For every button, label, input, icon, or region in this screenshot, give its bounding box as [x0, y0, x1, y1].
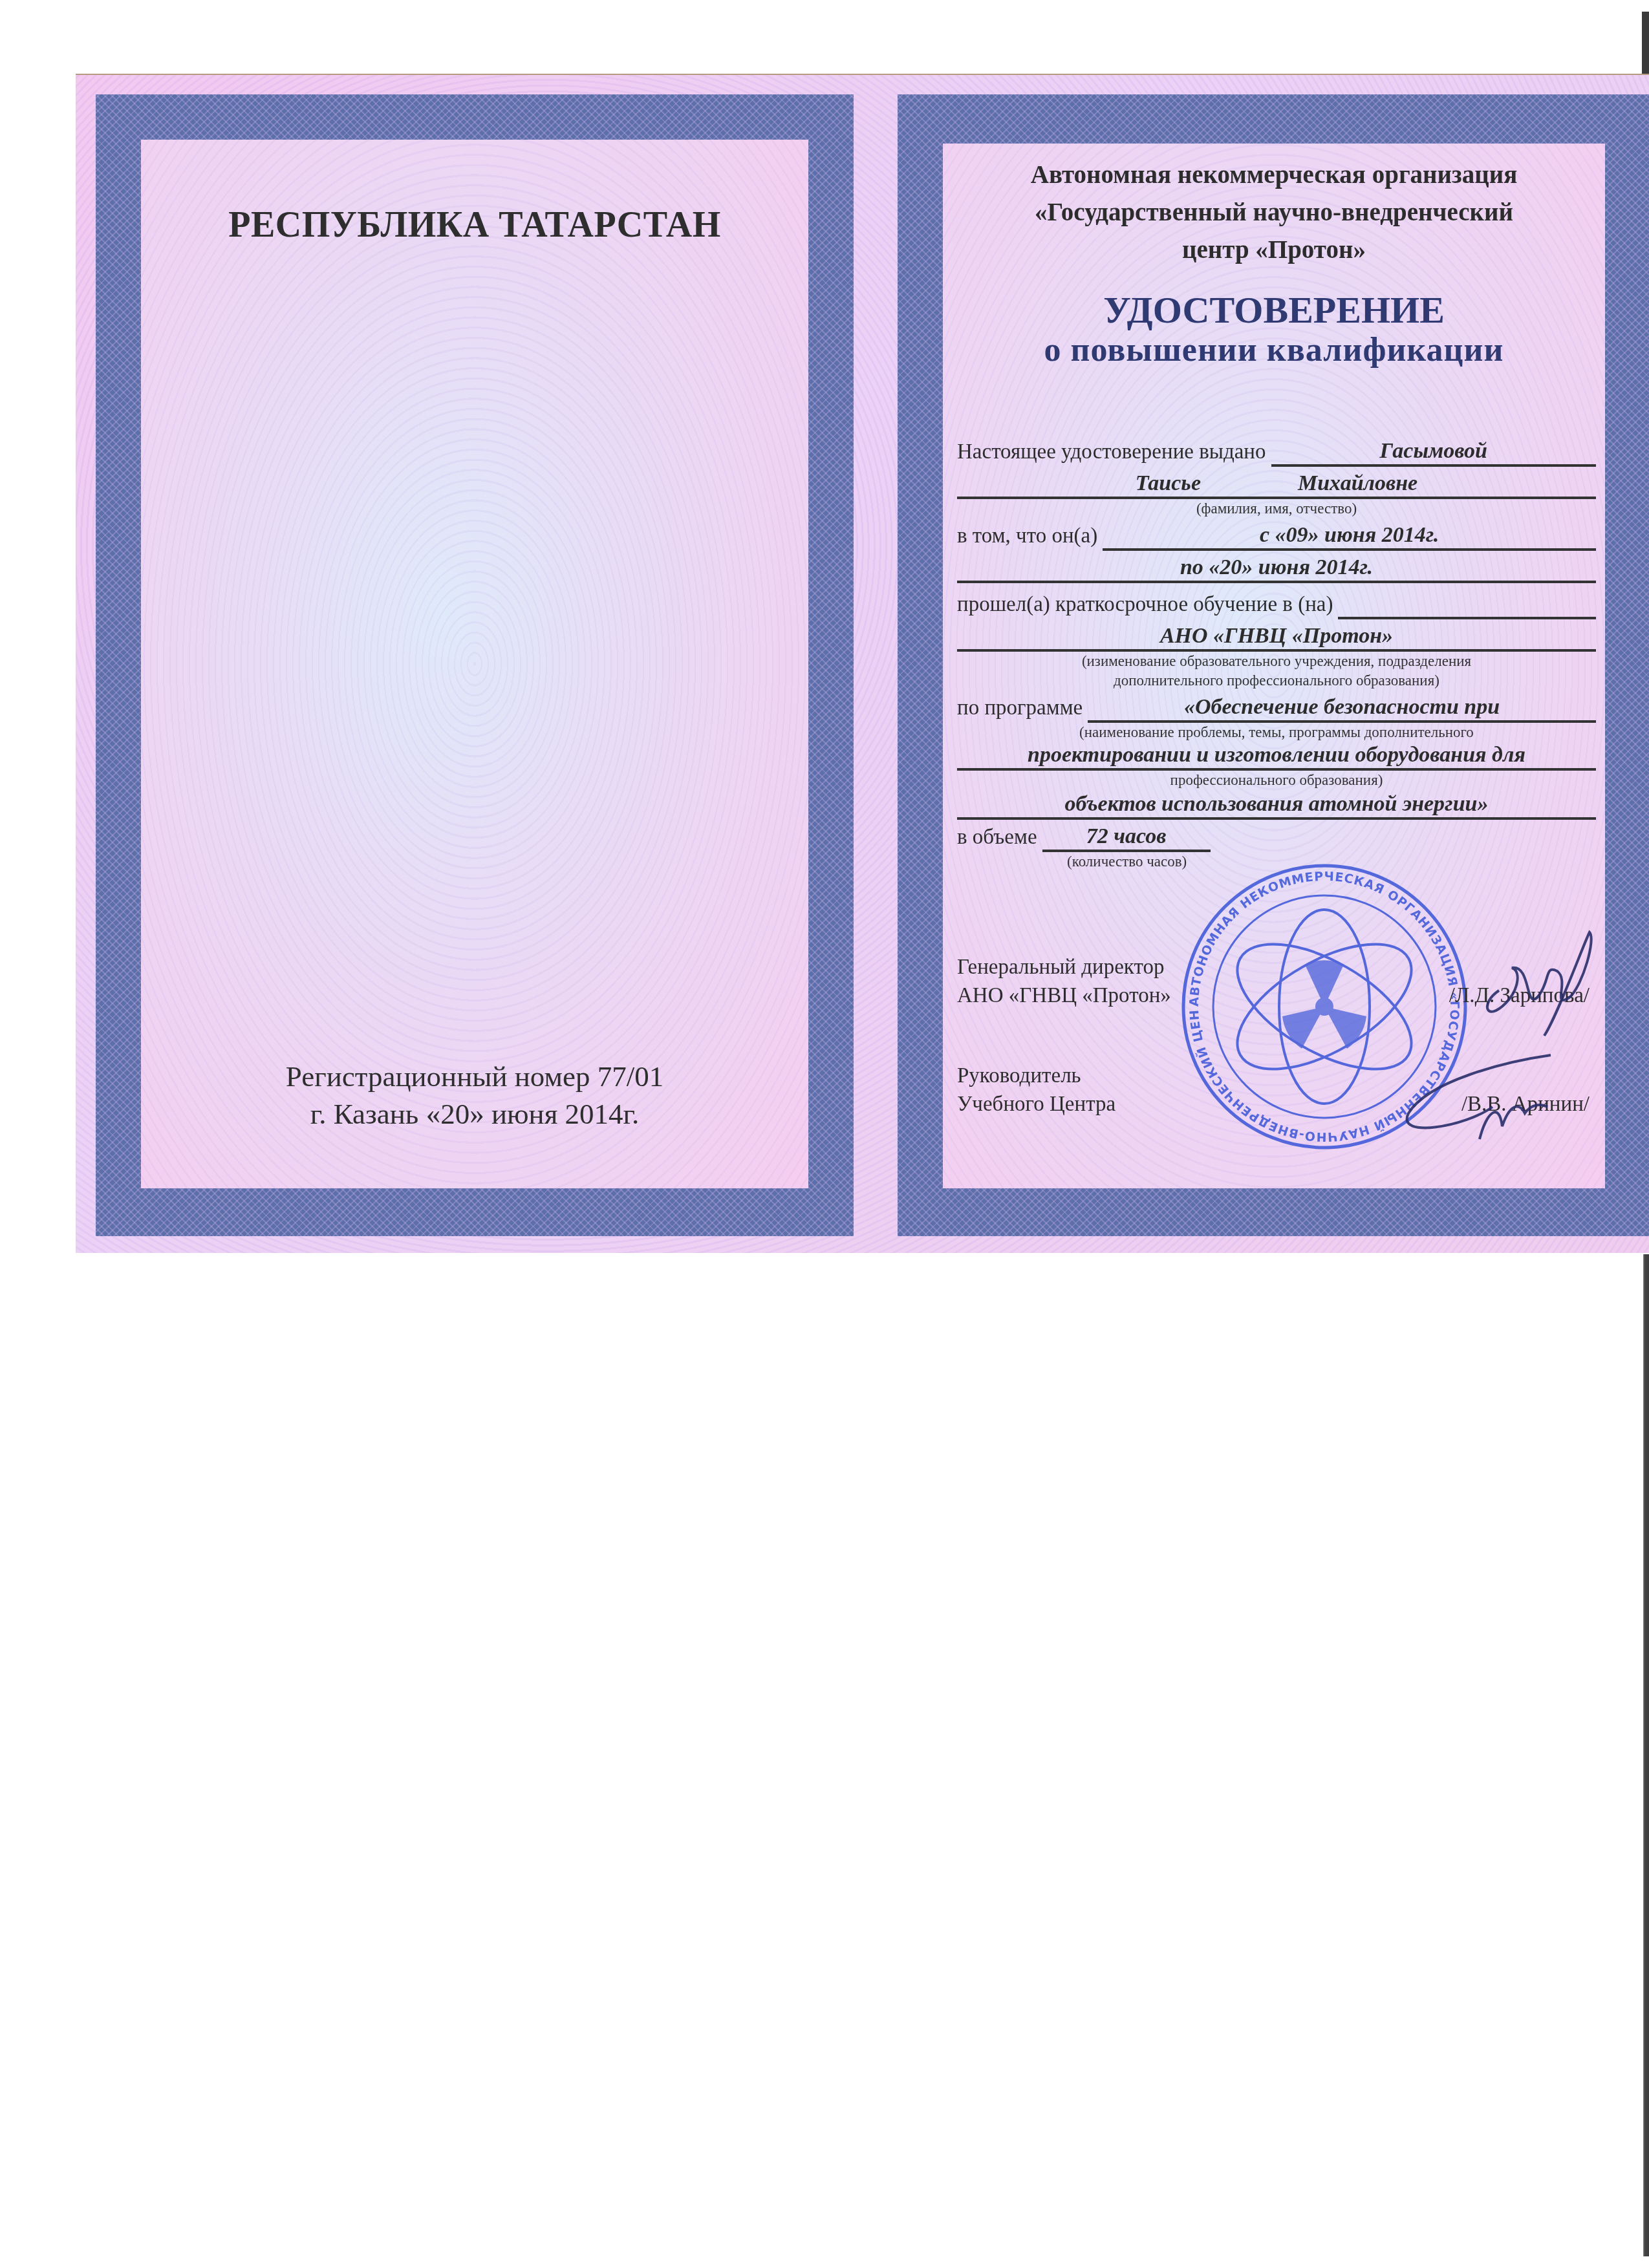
title-sub: о повышении квалификации	[943, 331, 1605, 370]
first-name: Таисье	[1136, 471, 1201, 497]
scanner-edge-top	[1642, 12, 1649, 76]
volume-field: 72 часов	[1042, 824, 1211, 852]
director-signature	[1473, 919, 1602, 1042]
issued-to-row: Настоящее удостоверение выдано Гасымовой	[957, 434, 1596, 467]
program-row-2: проектировании и изготовлении оборудован…	[957, 742, 1596, 771]
scanner-edge	[1643, 1254, 1649, 2256]
registration-number: Регистрационный номер 77/01	[141, 1058, 808, 1095]
institution-row: АНО «ГНВЦ «Протон»	[957, 619, 1596, 652]
program-line-2: проектировании и изготовлении оборудован…	[957, 742, 1596, 771]
registration-block: Регистрационный номер 77/01 г. Казань «2…	[141, 1058, 808, 1133]
hint-line: (изименование образовательного учреждени…	[957, 652, 1596, 671]
program-line-1: «Обеспечение безопасности при	[1088, 694, 1596, 723]
program-row-3: объектов использования атомной энергии»	[957, 790, 1596, 820]
certificate-title: УДОСТОВЕРЕНИЕ о повышении квалификации	[943, 290, 1605, 370]
org-line: «Государственный научно-внедренческий	[943, 194, 1605, 231]
institution-hint: (изименование образовательного учреждени…	[957, 652, 1596, 690]
patronymic: Михайловне	[1298, 471, 1417, 497]
program-row: по программе «Обеспечение безопасности п…	[957, 690, 1596, 723]
program-label: по программе	[957, 696, 1083, 723]
head-signature	[1389, 1042, 1583, 1152]
hint-line: дополнительного профессионального образо…	[957, 671, 1596, 690]
date-from-field: с «09» июня 2014г.	[1103, 522, 1596, 551]
certificate-spread: РЕСПУБЛИКА ТАТАРСТАН Регистрационный ном…	[76, 74, 1649, 1253]
institution-field: АНО «ГНВЦ «Протон»	[957, 623, 1596, 652]
date-to-field: по «20» июня 2014г.	[957, 555, 1596, 583]
completed-label: прошел(а) краткосрочное обучение в (на)	[957, 593, 1333, 619]
volume-label: в объеме	[957, 826, 1037, 852]
program-line-3: объектов использования атомной энергии»	[957, 791, 1596, 820]
date-from-row: в том, что он(а) с «09» июня 2014г.	[957, 519, 1596, 551]
name-hint: (фамилия, имя, отчество)	[957, 499, 1596, 519]
issue-city-date: г. Казань «20» июня 2014г.	[141, 1095, 808, 1133]
name-field: Таисье Михайловне	[957, 471, 1596, 499]
title-main: УДОСТОВЕРЕНИЕ	[943, 290, 1605, 331]
left-page-border: РЕСПУБЛИКА ТАТАРСТАН Регистрационный ном…	[96, 94, 854, 1236]
certificate-form: Настоящее удостоверение выдано Гасымовой…	[957, 434, 1596, 872]
surname-field: Гасымовой	[1271, 438, 1596, 467]
left-page: РЕСПУБЛИКА ТАТАРСТАН Регистрационный ном…	[141, 140, 808, 1188]
right-page: Автономная некоммерческая организация «Г…	[943, 144, 1605, 1188]
program-hint-2: профессионального образования)	[957, 771, 1596, 790]
completed-row: прошел(а) краткосрочное обучение в (на)	[957, 587, 1596, 619]
organization-name: Автономная некоммерческая организация «Г…	[943, 156, 1605, 269]
issued-label: Настоящее удостоверение выдано	[957, 440, 1266, 467]
org-line: Автономная некоммерческая организация	[943, 156, 1605, 194]
org-line: центр «Протон»	[943, 231, 1605, 269]
region-heading: РЕСПУБЛИКА ТАТАРСТАН	[141, 204, 808, 246]
volume-row: в объеме 72 часов	[957, 820, 1596, 852]
right-page-border: Автономная некоммерческая организация «Г…	[898, 94, 1649, 1236]
that-label: в том, что он(а)	[957, 524, 1097, 551]
name-row: Таисье Михайловне	[957, 467, 1596, 499]
program-hint-1: (наименование проблемы, темы, программы …	[957, 723, 1596, 742]
date-to-row: по «20» июня 2014г.	[957, 551, 1596, 583]
